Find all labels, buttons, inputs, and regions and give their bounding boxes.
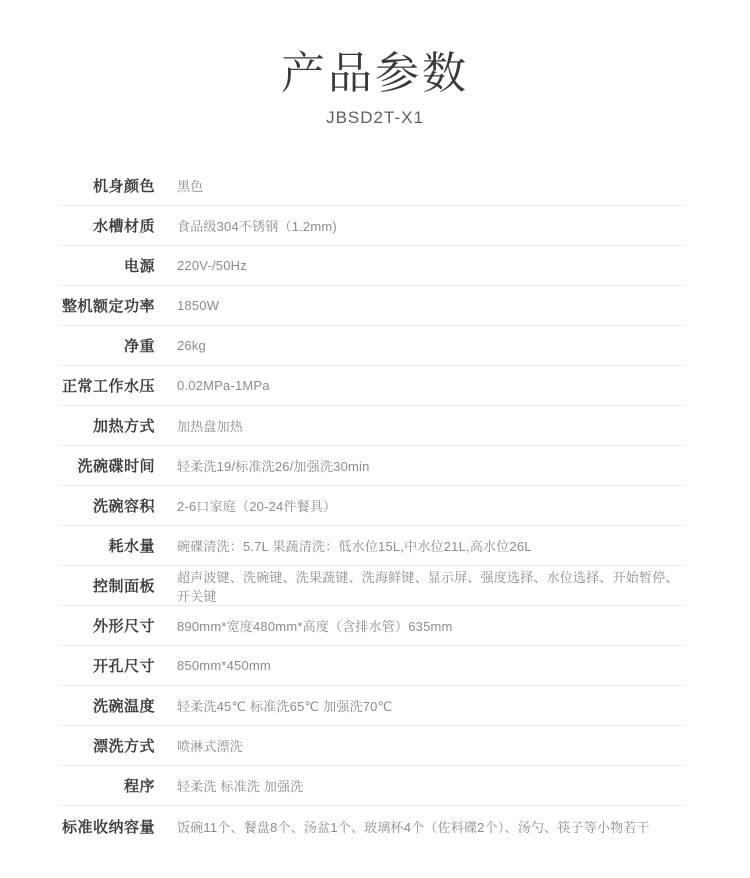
spec-table: 机身颜色 黑色 水槽材质 食品级304不锈钢（1.2mm) 电源 220V-/5… xyxy=(58,166,686,846)
spec-row: 标准收纳容量 饭碗11个、餐盘8个、汤盆1个、玻璃杯4个（佐料碟2个）、汤勺、筷… xyxy=(58,806,686,846)
spec-label: 洗碗碟时间 xyxy=(58,455,155,476)
spec-value: 2-6口家庭（20-24件餐具） xyxy=(177,496,336,515)
spec-value: 轻柔洗 标准洗 加强洗 xyxy=(177,776,303,795)
spec-row: 外形尺寸 890mm*宽度480mm*高度（含排水管）635mm xyxy=(58,606,686,646)
spec-row: 加热方式 加热盘加热 xyxy=(58,406,686,446)
spec-value: 黑色 xyxy=(177,176,203,195)
spec-label: 洗碗容积 xyxy=(58,495,155,516)
spec-row: 正常工作水压 0.02MPa-1MPa xyxy=(58,366,686,406)
spec-label: 外形尺寸 xyxy=(58,615,155,636)
spec-label: 整机额定功率 xyxy=(58,295,155,316)
spec-value: 1850W xyxy=(177,298,219,313)
spec-label: 洗碗温度 xyxy=(58,695,155,716)
page-header: 产品参数 JBSD2T-X1 xyxy=(0,0,750,128)
spec-label: 机身颜色 xyxy=(58,175,155,196)
spec-value: 轻柔洗45℃ 标准洗65℃ 加强洗70℃ xyxy=(177,696,392,715)
spec-row: 洗碗碟时间 轻柔洗19/标准洗26/加强洗30min xyxy=(58,446,686,486)
spec-label: 控制面板 xyxy=(58,575,155,596)
spec-value: 轻柔洗19/标准洗26/加强洗30min xyxy=(177,456,370,475)
spec-label: 标准收纳容量 xyxy=(58,816,155,837)
spec-label: 漂洗方式 xyxy=(58,735,155,756)
spec-row: 漂洗方式 喷淋式漂洗 xyxy=(58,726,686,766)
spec-row: 开孔尺寸 850mm*450mm xyxy=(58,646,686,686)
spec-label: 程序 xyxy=(58,775,155,796)
spec-value: 加热盘加热 xyxy=(177,416,243,435)
spec-value: 26kg xyxy=(177,338,206,353)
spec-value: 饭碗11个、餐盘8个、汤盆1个、玻璃杯4个（佐料碟2个）、汤勺、筷子等小物若干 xyxy=(177,817,650,836)
spec-row: 洗碗温度 轻柔洗45℃ 标准洗65℃ 加强洗70℃ xyxy=(58,686,686,726)
spec-value: 食品级304不锈钢（1.2mm) xyxy=(177,216,337,235)
spec-row: 耗水量 碗碟清洗：5.7L 果蔬清洗：低水位15L,中水位21L,高水位26L xyxy=(58,526,686,566)
spec-row: 洗碗容积 2-6口家庭（20-24件餐具） xyxy=(58,486,686,526)
spec-label: 电源 xyxy=(58,255,155,276)
spec-value: 碗碟清洗：5.7L 果蔬清洗：低水位15L,中水位21L,高水位26L xyxy=(177,536,532,555)
spec-label: 加热方式 xyxy=(58,415,155,436)
product-model: JBSD2T-X1 xyxy=(0,108,750,128)
spec-label: 正常工作水压 xyxy=(58,375,155,396)
spec-row: 电源 220V-/50Hz xyxy=(58,246,686,286)
page-title: 产品参数 xyxy=(0,50,750,98)
spec-row: 整机额定功率 1850W xyxy=(58,286,686,326)
spec-value: 0.02MPa-1MPa xyxy=(177,378,270,393)
spec-value: 890mm*宽度480mm*高度（含排水管）635mm xyxy=(177,616,453,635)
spec-label: 耗水量 xyxy=(58,535,155,556)
spec-value: 850mm*450mm xyxy=(177,658,271,673)
spec-row: 控制面板 超声波键、洗碗键、洗果蔬键、洗海鲜键、显示屏、强度选择、水位选择、开始… xyxy=(58,566,686,606)
spec-value: 220V-/50Hz xyxy=(177,258,247,273)
spec-row: 程序 轻柔洗 标准洗 加强洗 xyxy=(58,766,686,806)
spec-row: 净重 26kg xyxy=(58,326,686,366)
spec-label: 水槽材质 xyxy=(58,215,155,236)
spec-value: 超声波键、洗碗键、洗果蔬键、洗海鲜键、显示屏、强度选择、水位选择、开始暂停、开关… xyxy=(177,567,686,605)
spec-label: 开孔尺寸 xyxy=(58,655,155,676)
spec-row: 水槽材质 食品级304不锈钢（1.2mm) xyxy=(58,206,686,246)
spec-value: 喷淋式漂洗 xyxy=(177,736,243,755)
spec-row: 机身颜色 黑色 xyxy=(58,166,686,206)
spec-label: 净重 xyxy=(58,335,155,356)
product-parameters-page: 产品参数 JBSD2T-X1 机身颜色 黑色 水槽材质 食品级304不锈钢（1.… xyxy=(0,0,750,878)
